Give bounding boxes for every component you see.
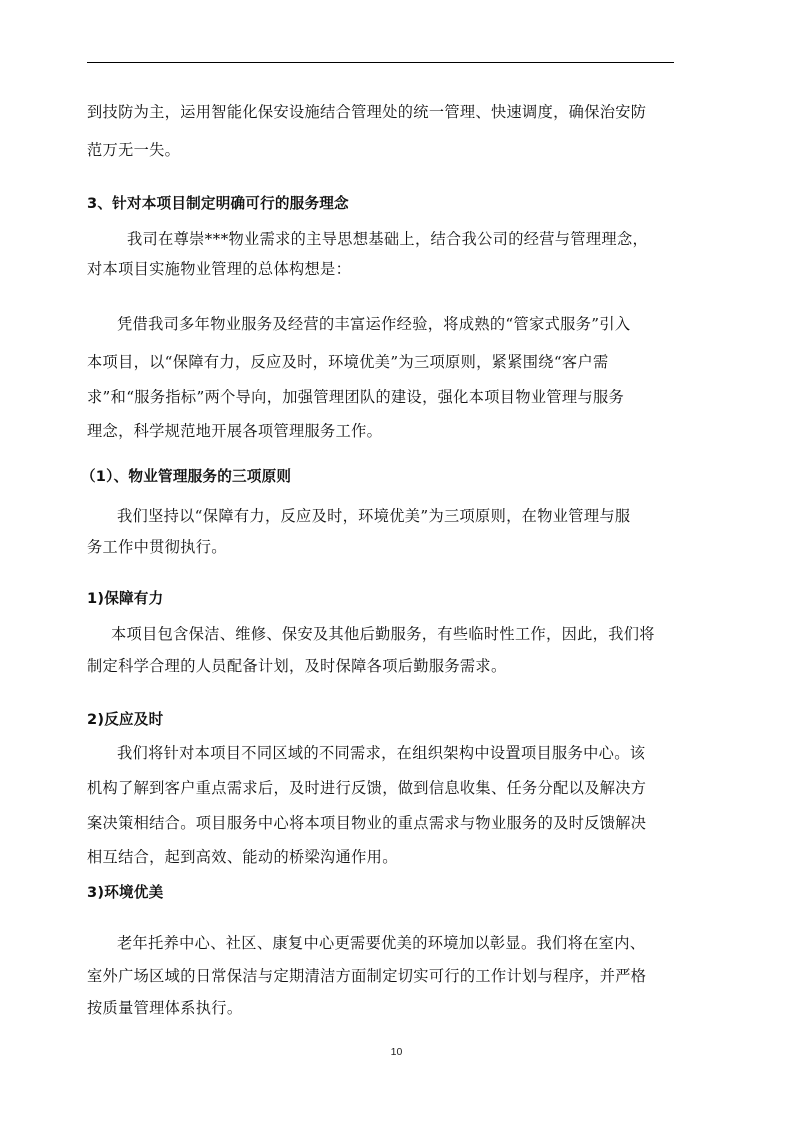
body-line: 理念，科学规范地开展各项管理服务工作。 <box>87 421 677 441</box>
body-line: 机构了解到客户重点需求后，及时进行反馈，做到信息收集、任务分配以及解决方 <box>87 778 677 798</box>
body-line: 本项目，以“保障有力，反应及时，环境优美”为三项原则，紧紧围绕“客户需 <box>87 352 677 372</box>
principle-heading: 1)保障有力 <box>87 589 677 609</box>
body-line: 我们将针对本项目不同区域的不同需求，在组织架构中设置项目服务中心。该 <box>117 743 707 763</box>
principle-heading: 3)环境优美 <box>87 883 677 903</box>
principle-heading: 2)反应及时 <box>87 710 677 730</box>
body-line: 案决策相结合。项目服务中心将本项目物业的重点需求与物业服务的及时反馈解决 <box>87 813 677 833</box>
body-line: 老年托养中心、社区、康复中心更需要优美的环境加以彰显。我们将在室内、 <box>117 933 707 953</box>
page-number: 10 <box>0 1046 793 1058</box>
header-rule <box>87 62 674 63</box>
body-line: 本项目包含保洁、维修、保安及其他后勤服务，有些临时性工作，因此，我们将 <box>111 624 701 644</box>
body-line: 我们坚持以“保障有力，反应及时，环境优美”为三项原则，在物业管理与服 <box>117 506 707 526</box>
body-line: 相互结合，起到高效、能动的桥梁沟通作用。 <box>87 847 677 867</box>
body-line: 务工作中贯彻执行。 <box>87 537 677 557</box>
body-line: 制定科学合理的人员配备计划，及时保障各项后勤服务需求。 <box>87 656 677 676</box>
body-line: 到技防为主，运用智能化保安设施结合管理处的统一管理、快速调度，确保治安防 <box>87 102 677 122</box>
subsection-heading: （1）、物业管理服务的三项原则 <box>81 467 671 487</box>
body-line: 按质量管理体系执行。 <box>87 998 677 1018</box>
body-line: 范万无一失。 <box>87 140 677 160</box>
body-line: 我司在尊崇***物业需求的主导思想基础上，结合我公司的经营与管理理念， <box>127 229 717 249</box>
body-line: 对本项目实施物业管理的总体构想是： <box>87 259 677 279</box>
body-line: 求”和“服务指标”两个导向，加强管理团队的建设，强化本项目物业管理与服务 <box>87 387 677 407</box>
body-line: 凭借我司多年物业服务及经营的丰富运作经验，将成熟的“管家式服务”引入 <box>117 314 707 334</box>
section-heading: 3、针对本项目制定明确可行的服务理念 <box>87 194 677 214</box>
body-line: 室外广场区域的日常保洁与定期清洁方面制定切实可行的工作计划与程序，并严格 <box>87 966 677 986</box>
